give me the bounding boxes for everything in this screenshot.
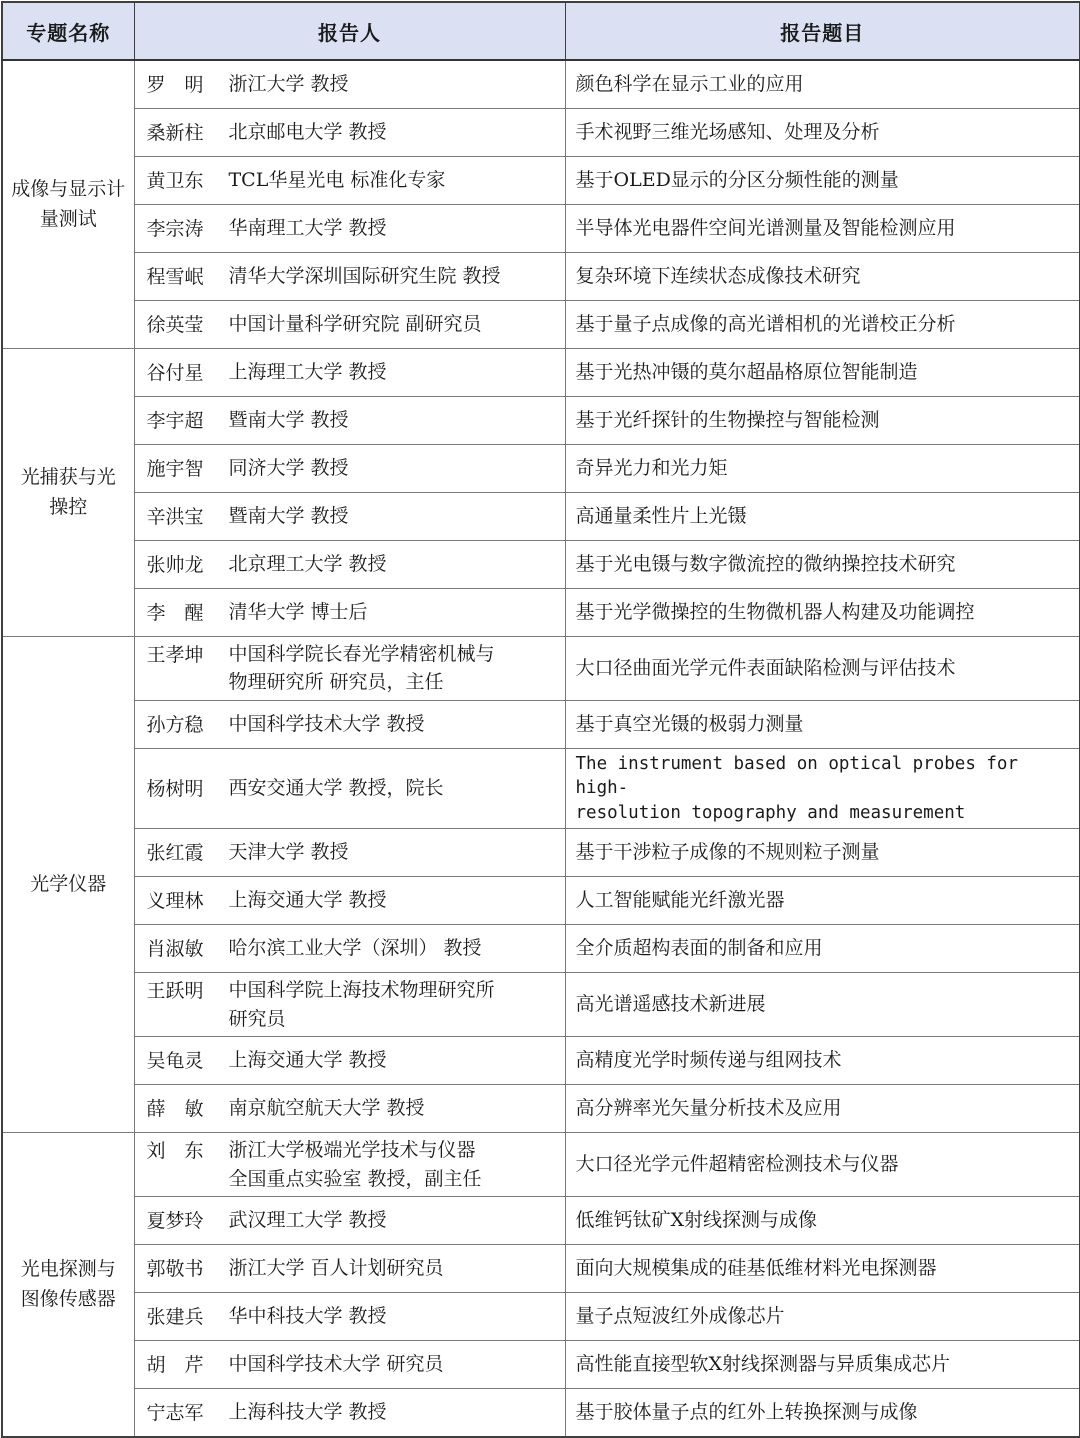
speaker-wrap: 张帅龙北京理工大学 教授 xyxy=(147,550,559,579)
table-row: 张建兵华中科技大学 教授量子点短波红外成像芯片 xyxy=(2,1293,1080,1341)
talk-title-cell: 人工智能赋能光纤激光器 xyxy=(565,877,1080,925)
speaker-wrap: 义理林上海交通大学 教授 xyxy=(147,886,559,915)
talk-title-cell: 大口径曲面光学元件表面缺陷检测与评估技术 xyxy=(565,636,1080,700)
speaker-wrap: 黄卫东TCL华星光电 标准化专家 xyxy=(147,166,559,195)
speaker-cell: 王孝坤中国科学院长春光学精密机械与 物理研究所 研究员，主任 xyxy=(134,636,565,700)
table-row: 李宗涛华南理工大学 教授半导体光电器件空间光谱测量及智能检测应用 xyxy=(2,204,1080,252)
speaker-wrap: 郭敬书浙江大学 百人计划研究员 xyxy=(147,1254,559,1283)
speaker-name: 谷付星 xyxy=(147,358,229,385)
speaker-name: 宁志军 xyxy=(147,1398,229,1425)
speaker-wrap: 张红霞天津大学 教授 xyxy=(147,838,559,867)
speaker-name: 夏梦玲 xyxy=(147,1206,229,1233)
speaker-cell: 桑新柱北京邮电大学 教授 xyxy=(134,108,565,156)
table-row: 成像与显示计 量测试罗 明浙江大学 教授颜色科学在显示工业的应用 xyxy=(2,60,1080,108)
table-row: 张红霞天津大学 教授基于干涉粒子成像的不规则粒子测量 xyxy=(2,829,1080,877)
speaker-cell: 宁志军上海科技大学 教授 xyxy=(134,1389,565,1437)
speaker-name: 胡 芹 xyxy=(147,1350,229,1377)
speaker-cell: 李宗涛华南理工大学 教授 xyxy=(134,204,565,252)
header-topic: 专题名称 xyxy=(2,2,134,60)
speaker-wrap: 李宇超暨南大学 教授 xyxy=(147,406,559,435)
table-row: 光电探测与 图像传感器刘 东浙江大学极端光学技术与仪器 全国重点实验室 教授，副… xyxy=(2,1133,1080,1197)
talk-title-cell: 手术视野三维光场感知、处理及分析 xyxy=(565,108,1080,156)
table-row: 宁志军上海科技大学 教授基于胶体量子点的红外上转换探测与成像 xyxy=(2,1389,1080,1437)
speaker-name: 程雪岷 xyxy=(147,262,229,289)
talk-title-cell: 基于OLED显示的分区分频性能的测量 xyxy=(565,156,1080,204)
speaker-cell: 孙方稳中国科学技术大学 教授 xyxy=(134,700,565,748)
topic-cell: 光捕获与光 操控 xyxy=(2,348,134,636)
document-page: 专题名称 报告人 报告题目 成像与显示计 量测试罗 明浙江大学 教授颜色科学在显… xyxy=(0,0,1080,1394)
talk-title-cell: 基于光电镊与数字微流控的微纳操控技术研究 xyxy=(565,540,1080,588)
program-table-body: 成像与显示计 量测试罗 明浙江大学 教授颜色科学在显示工业的应用桑新柱北京邮电大… xyxy=(2,60,1080,1437)
talk-title-cell: 高通量柔性片上光镊 xyxy=(565,492,1080,540)
table-row: 胡 芹中国科学技术大学 研究员高性能直接型软X射线探测器与异质集成芯片 xyxy=(2,1341,1080,1389)
speaker-cell: 黄卫东TCL华星光电 标准化专家 xyxy=(134,156,565,204)
speaker-cell: 刘 东浙江大学极端光学技术与仪器 全国重点实验室 教授，副主任 xyxy=(134,1133,565,1197)
speaker-cell: 辛洪宝暨南大学 教授 xyxy=(134,492,565,540)
table-row: 义理林上海交通大学 教授人工智能赋能光纤激光器 xyxy=(2,877,1080,925)
speaker-affiliation: TCL华星光电 标准化专家 xyxy=(229,166,446,195)
speaker-affiliation: 华南理工大学 教授 xyxy=(229,214,387,243)
table-row: 桑新柱北京邮电大学 教授手术视野三维光场感知、处理及分析 xyxy=(2,108,1080,156)
talk-title-cell: 面向大规模集成的硅基低维材料光电探测器 xyxy=(565,1245,1080,1293)
talk-title-cell: 基于光纤探针的生物操控与智能检测 xyxy=(565,396,1080,444)
speaker-name: 王孝坤 xyxy=(147,640,229,667)
table-row: 肖淑敏哈尔滨工业大学（深圳） 教授全介质超构表面的制备和应用 xyxy=(2,925,1080,973)
speaker-affiliation: 武汉理工大学 教授 xyxy=(229,1206,387,1235)
table-header: 专题名称 报告人 报告题目 xyxy=(2,2,1080,60)
speaker-cell: 罗 明浙江大学 教授 xyxy=(134,60,565,108)
speaker-name: 杨树明 xyxy=(147,774,229,801)
talk-title-cell: 低维钙钛矿X射线探测与成像 xyxy=(565,1197,1080,1245)
speaker-affiliation: 上海科技大学 教授 xyxy=(229,1398,387,1427)
talk-title-cell: 基于干涉粒子成像的不规则粒子测量 xyxy=(565,829,1080,877)
speaker-cell: 程雪岷清华大学深圳国际研究生院 教授 xyxy=(134,252,565,300)
speaker-wrap: 李 醒清华大学 博士后 xyxy=(147,598,559,627)
speaker-name: 孙方稳 xyxy=(147,710,229,737)
table-row: 李宇超暨南大学 教授基于光纤探针的生物操控与智能检测 xyxy=(2,396,1080,444)
speaker-wrap: 王跃明中国科学院上海技术物理研究所 研究员 xyxy=(147,976,559,1033)
speaker-name: 王跃明 xyxy=(147,976,229,1003)
table-row: 光学仪器王孝坤中国科学院长春光学精密机械与 物理研究所 研究员，主任大口径曲面光… xyxy=(2,636,1080,700)
talk-title-cell: 高性能直接型软X射线探测器与异质集成芯片 xyxy=(565,1341,1080,1389)
speaker-cell: 张建兵华中科技大学 教授 xyxy=(134,1293,565,1341)
table-row: 黄卫东TCL华星光电 标准化专家基于OLED显示的分区分频性能的测量 xyxy=(2,156,1080,204)
speaker-wrap: 施宇智同济大学 教授 xyxy=(147,454,559,483)
talk-title-cell: 基于光热冲镊的莫尔超晶格原位智能制造 xyxy=(565,348,1080,396)
table-row: 薛 敏南京航空航天大学 教授高分辨率光矢量分析技术及应用 xyxy=(2,1085,1080,1133)
talk-title-cell: 全介质超构表面的制备和应用 xyxy=(565,925,1080,973)
speaker-name: 吴龟灵 xyxy=(147,1046,229,1073)
speaker-cell: 施宇智同济大学 教授 xyxy=(134,444,565,492)
speaker-wrap: 宁志军上海科技大学 教授 xyxy=(147,1398,559,1427)
header-title: 报告题目 xyxy=(565,2,1080,60)
speaker-name: 张建兵 xyxy=(147,1302,229,1329)
talk-title-cell: 高光谱遥感技术新进展 xyxy=(565,973,1080,1037)
speaker-cell: 王跃明中国科学院上海技术物理研究所 研究员 xyxy=(134,973,565,1037)
table-row: 光捕获与光 操控谷付星上海理工大学 教授基于光热冲镊的莫尔超晶格原位智能制造 xyxy=(2,348,1080,396)
speaker-name: 李 醒 xyxy=(147,598,229,625)
talk-title-cell: 基于量子点成像的高光谱相机的光谱校正分析 xyxy=(565,300,1080,348)
talk-title-cell: 半导体光电器件空间光谱测量及智能检测应用 xyxy=(565,204,1080,252)
speaker-name: 李宇超 xyxy=(147,406,229,433)
speaker-cell: 李宇超暨南大学 教授 xyxy=(134,396,565,444)
speaker-cell: 薛 敏南京航空航天大学 教授 xyxy=(134,1085,565,1133)
table-row: 张帅龙北京理工大学 教授基于光电镊与数字微流控的微纳操控技术研究 xyxy=(2,540,1080,588)
speaker-cell: 杨树明西安交通大学 教授，院长 xyxy=(134,748,565,829)
speaker-affiliation: 北京理工大学 教授 xyxy=(229,550,387,579)
speaker-wrap: 程雪岷清华大学深圳国际研究生院 教授 xyxy=(147,262,559,291)
speaker-affiliation: 上海理工大学 教授 xyxy=(229,358,387,387)
speaker-affiliation: 华中科技大学 教授 xyxy=(229,1302,387,1331)
speaker-affiliation: 浙江大学极端光学技术与仪器 全国重点实验室 教授，副主任 xyxy=(229,1136,482,1193)
speaker-name: 徐英莹 xyxy=(147,310,229,337)
speaker-wrap: 肖淑敏哈尔滨工业大学（深圳） 教授 xyxy=(147,934,559,963)
table-row: 程雪岷清华大学深圳国际研究生院 教授复杂环境下连续状态成像技术研究 xyxy=(2,252,1080,300)
speaker-cell: 肖淑敏哈尔滨工业大学（深圳） 教授 xyxy=(134,925,565,973)
speaker-name: 罗 明 xyxy=(147,70,229,97)
topic-cell: 光学仪器 xyxy=(2,636,134,1133)
speaker-affiliation: 暨南大学 教授 xyxy=(229,502,349,531)
speaker-affiliation: 南京航空航天大学 教授 xyxy=(229,1094,425,1123)
talk-title-cell: 大口径光学元件超精密检测技术与仪器 xyxy=(565,1133,1080,1197)
speaker-cell: 胡 芹中国科学技术大学 研究员 xyxy=(134,1341,565,1389)
speaker-wrap: 薛 敏南京航空航天大学 教授 xyxy=(147,1094,559,1123)
topic-cell: 成像与显示计 量测试 xyxy=(2,60,134,348)
speaker-affiliation: 同济大学 教授 xyxy=(229,454,349,483)
table-row: 徐英莹中国计量科学研究院 副研究员基于量子点成像的高光谱相机的光谱校正分析 xyxy=(2,300,1080,348)
speaker-affiliation: 清华大学 博士后 xyxy=(229,598,368,627)
speaker-name: 郭敬书 xyxy=(147,1254,229,1281)
speaker-name: 肖淑敏 xyxy=(147,934,229,961)
table-row: 夏梦玲武汉理工大学 教授低维钙钛矿X射线探测与成像 xyxy=(2,1197,1080,1245)
table-row: 李 醒清华大学 博士后基于光学微操控的生物微机器人构建及功能调控 xyxy=(2,588,1080,636)
table-row: 郭敬书浙江大学 百人计划研究员面向大规模集成的硅基低维材料光电探测器 xyxy=(2,1245,1080,1293)
speaker-cell: 徐英莹中国计量科学研究院 副研究员 xyxy=(134,300,565,348)
speaker-wrap: 孙方稳中国科学技术大学 教授 xyxy=(147,710,559,739)
speaker-affiliation: 浙江大学 教授 xyxy=(229,70,349,99)
table-row: 杨树明西安交通大学 教授，院长The instrument based on o… xyxy=(2,748,1080,829)
conference-program-table: 专题名称 报告人 报告题目 成像与显示计 量测试罗 明浙江大学 教授颜色科学在显… xyxy=(1,1,1080,1438)
speaker-affiliation: 清华大学深圳国际研究生院 教授 xyxy=(229,262,501,291)
speaker-affiliation: 暨南大学 教授 xyxy=(229,406,349,435)
speaker-cell: 夏梦玲武汉理工大学 教授 xyxy=(134,1197,565,1245)
table-row: 辛洪宝暨南大学 教授高通量柔性片上光镊 xyxy=(2,492,1080,540)
speaker-wrap: 吴龟灵上海交通大学 教授 xyxy=(147,1046,559,1075)
talk-title-cell: 基于真空光镊的极弱力测量 xyxy=(565,700,1080,748)
speaker-name: 张帅龙 xyxy=(147,550,229,577)
speaker-affiliation: 上海交通大学 教授 xyxy=(229,886,387,915)
speaker-affiliation: 哈尔滨工业大学（深圳） 教授 xyxy=(229,934,482,963)
speaker-affiliation: 上海交通大学 教授 xyxy=(229,1046,387,1075)
talk-title-cell: 量子点短波红外成像芯片 xyxy=(565,1293,1080,1341)
speaker-affiliation: 西安交通大学 教授，院长 xyxy=(229,774,444,803)
speaker-affiliation: 中国科学技术大学 研究员 xyxy=(229,1350,444,1379)
speaker-name: 薛 敏 xyxy=(147,1094,229,1121)
speaker-cell: 义理林上海交通大学 教授 xyxy=(134,877,565,925)
speaker-name: 桑新柱 xyxy=(147,118,229,145)
speaker-cell: 吴龟灵上海交通大学 教授 xyxy=(134,1037,565,1085)
speaker-wrap: 桑新柱北京邮电大学 教授 xyxy=(147,118,559,147)
talk-title-cell: 奇异光力和光力矩 xyxy=(565,444,1080,492)
talk-title-cell: 基于光学微操控的生物微机器人构建及功能调控 xyxy=(565,588,1080,636)
speaker-affiliation: 中国科学院长春光学精密机械与 物理研究所 研究员，主任 xyxy=(229,640,495,697)
talk-title-cell: 颜色科学在显示工业的应用 xyxy=(565,60,1080,108)
speaker-affiliation: 天津大学 教授 xyxy=(229,838,349,867)
speaker-name: 施宇智 xyxy=(147,454,229,481)
talk-title-cell: 复杂环境下连续状态成像技术研究 xyxy=(565,252,1080,300)
speaker-wrap: 王孝坤中国科学院长春光学精密机械与 物理研究所 研究员，主任 xyxy=(147,640,559,697)
header-speaker: 报告人 xyxy=(134,2,565,60)
topic-cell: 光电探测与 图像传感器 xyxy=(2,1133,134,1437)
speaker-wrap: 夏梦玲武汉理工大学 教授 xyxy=(147,1206,559,1235)
speaker-wrap: 张建兵华中科技大学 教授 xyxy=(147,1302,559,1331)
talk-title-cell: 高分辨率光矢量分析技术及应用 xyxy=(565,1085,1080,1133)
speaker-affiliation: 中国科学技术大学 教授 xyxy=(229,710,425,739)
speaker-affiliation: 浙江大学 百人计划研究员 xyxy=(229,1254,444,1283)
speaker-wrap: 李宗涛华南理工大学 教授 xyxy=(147,214,559,243)
speaker-cell: 张帅龙北京理工大学 教授 xyxy=(134,540,565,588)
speaker-wrap: 刘 东浙江大学极端光学技术与仪器 全国重点实验室 教授，副主任 xyxy=(147,1136,559,1193)
speaker-cell: 谷付星上海理工大学 教授 xyxy=(134,348,565,396)
talk-title-cell: The instrument based on optical probes f… xyxy=(565,748,1080,829)
header-row: 专题名称 报告人 报告题目 xyxy=(2,2,1080,60)
speaker-cell: 郭敬书浙江大学 百人计划研究员 xyxy=(134,1245,565,1293)
speaker-wrap: 杨树明西安交通大学 教授，院长 xyxy=(147,774,559,803)
table-row: 施宇智同济大学 教授奇异光力和光力矩 xyxy=(2,444,1080,492)
table-row: 王跃明中国科学院上海技术物理研究所 研究员高光谱遥感技术新进展 xyxy=(2,973,1080,1037)
speaker-wrap: 辛洪宝暨南大学 教授 xyxy=(147,502,559,531)
table-row: 吴龟灵上海交通大学 教授高精度光学时频传递与组网技术 xyxy=(2,1037,1080,1085)
speaker-name: 刘 东 xyxy=(147,1136,229,1163)
speaker-cell: 张红霞天津大学 教授 xyxy=(134,829,565,877)
speaker-name: 张红霞 xyxy=(147,838,229,865)
speaker-wrap: 胡 芹中国科学技术大学 研究员 xyxy=(147,1350,559,1379)
speaker-affiliation: 中国科学院上海技术物理研究所 研究员 xyxy=(229,976,495,1033)
speaker-affiliation: 中国计量科学研究院 副研究员 xyxy=(229,310,482,339)
speaker-wrap: 谷付星上海理工大学 教授 xyxy=(147,358,559,387)
speaker-name: 义理林 xyxy=(147,886,229,913)
speaker-wrap: 徐英莹中国计量科学研究院 副研究员 xyxy=(147,310,559,339)
speaker-wrap: 罗 明浙江大学 教授 xyxy=(147,70,559,99)
speaker-name: 辛洪宝 xyxy=(147,502,229,529)
talk-title-cell: 基于胶体量子点的红外上转换探测与成像 xyxy=(565,1389,1080,1437)
speaker-name: 李宗涛 xyxy=(147,214,229,241)
speaker-affiliation: 北京邮电大学 教授 xyxy=(229,118,387,147)
table-row: 孙方稳中国科学技术大学 教授基于真空光镊的极弱力测量 xyxy=(2,700,1080,748)
speaker-name: 黄卫东 xyxy=(147,166,229,193)
speaker-cell: 李 醒清华大学 博士后 xyxy=(134,588,565,636)
talk-title-cell: 高精度光学时频传递与组网技术 xyxy=(565,1037,1080,1085)
